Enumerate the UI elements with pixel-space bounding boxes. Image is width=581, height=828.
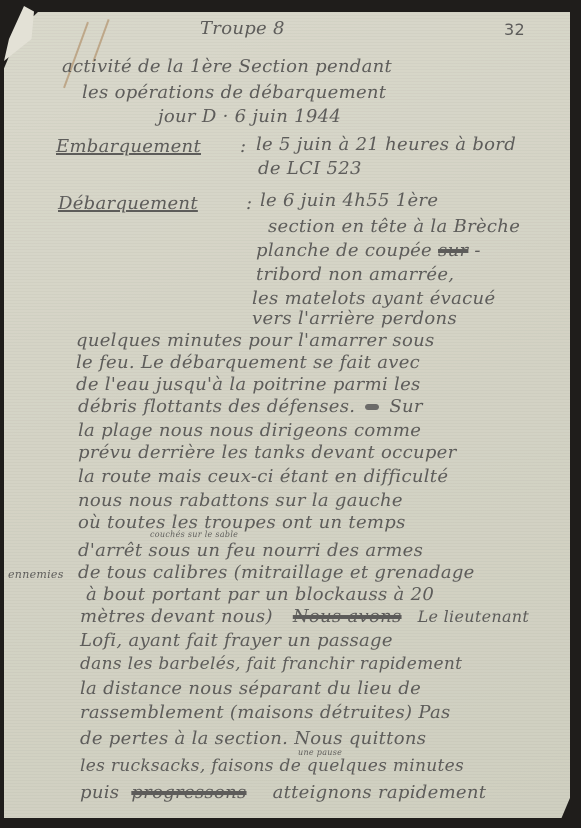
title-line-2: les opérations de débarquement <box>82 82 386 103</box>
debarquement-line-2: section en tête à la Brèche <box>268 216 520 237</box>
body-line: d'arrêt sous un feu nourri des armes <box>78 540 423 561</box>
body-line: de l'eau jusqu'à la poitrine parmi les <box>76 374 421 395</box>
text: débris flottants des défenses. <box>78 396 355 417</box>
body-line: rassemblement (maisons détruites) Pas <box>80 702 451 723</box>
hyphen: - <box>474 240 480 261</box>
text: puis <box>80 782 119 803</box>
body-line: débris flottants des défenses. Sur <box>78 396 423 417</box>
text: Le lieutenant <box>418 607 530 626</box>
body-line: où toutes les troupes ont un temps <box>78 512 406 533</box>
body-line: puis progressons atteignons rapidement <box>80 782 486 803</box>
text: atteignons rapidement <box>273 782 487 803</box>
page-number: 32 <box>504 20 525 39</box>
debarquement-line-1: le 6 juin 4h55 1ère <box>260 190 438 211</box>
struck-word: sur <box>438 240 468 261</box>
body-line: dans les barbelés, fait franchir rapidem… <box>80 654 462 674</box>
title-line-1: activité de la 1ère Section pendant <box>62 56 392 77</box>
debarquement-sep: : <box>246 193 252 214</box>
debarquement-line-4: tribord non amarrée, <box>256 264 454 285</box>
body-line: de pertes à la section. Nous quittons <box>80 728 426 749</box>
debarquement-line-6: vers l'arrière perdons <box>252 308 457 329</box>
debarquement-line-3: planche de coupée sur - <box>256 240 481 261</box>
embarquement-label: Embarquement <box>56 136 201 157</box>
debarquement-label: Débarquement <box>58 193 198 214</box>
body-line: la route mais ceux-ci étant en difficult… <box>78 466 448 487</box>
body-line: la distance nous séparant du lieu de <box>80 678 421 699</box>
body-line: Lofi, ayant fait frayer un passage <box>80 630 393 651</box>
text: mètres devant nous) <box>80 606 273 627</box>
body-line: quelques minutes pour l'amarrer sous <box>76 330 435 351</box>
ink-blot <box>365 404 379 410</box>
body-line: mètres devant nous) Nous avons Le lieute… <box>80 606 529 627</box>
insertion-note: couchés sur le sable <box>150 530 238 539</box>
struck-word: progressons <box>131 782 246 803</box>
body-line: la plage nous nous dirigeons comme <box>78 420 421 441</box>
embarquement-line-1: le 5 juin à 21 heures à bord <box>256 134 516 155</box>
body-line: les rucksacks, faisons de quelques minut… <box>80 756 464 776</box>
margin-note: ennemies <box>8 568 64 581</box>
struck-phrase: Nous avons <box>293 606 402 627</box>
text: Sur <box>389 396 422 417</box>
body-line: nous nous rabattons sur la gauche <box>78 490 403 511</box>
body-line: le feu. Le débarquement se fait avec <box>76 352 420 373</box>
debarquement-line-5: les matelots ayant évacué <box>252 288 495 309</box>
body-line: de tous calibres (mitraillage et grenada… <box>78 562 475 583</box>
embarquement-line-2: de LCI 523 <box>258 158 362 179</box>
body-line: prévu derrière les tanks devant occuper <box>78 442 457 463</box>
text: planche de coupée <box>256 240 432 261</box>
body-line: à bout portant par un blockauss à 20 <box>86 584 434 605</box>
embarquement-sep: : <box>240 136 246 157</box>
troop-heading: Troupe 8 <box>200 18 285 39</box>
title-line-3: jour D · 6 juin 1944 <box>158 106 341 127</box>
